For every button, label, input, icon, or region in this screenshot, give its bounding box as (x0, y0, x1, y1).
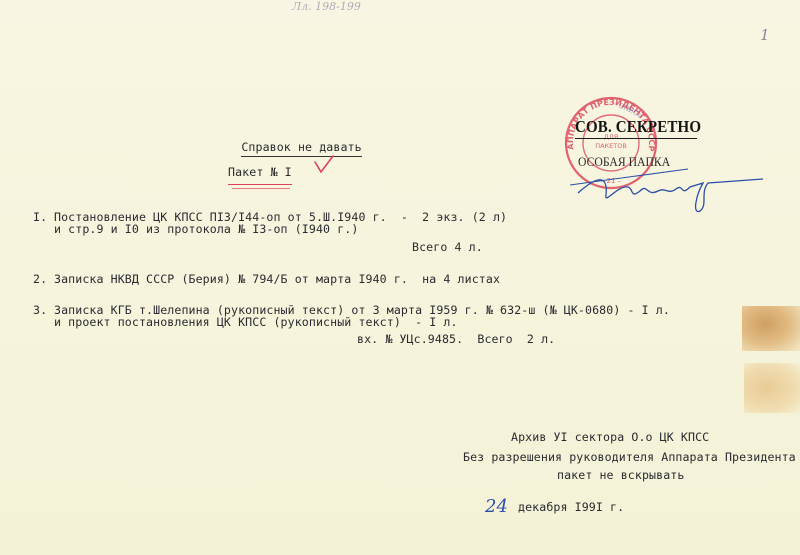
date-day-handwritten: 24 (485, 496, 508, 517)
classification-title: СОВ. СЕКРЕТНО (575, 117, 701, 137)
red-underline-1 (228, 184, 292, 185)
item-2-line-1: Записка НКВД СССР (Берия) № 794/Б от мар… (54, 273, 500, 286)
date-rest: декабря I99I г. (518, 501, 624, 514)
signature-icon (568, 165, 768, 225)
classification-underline (575, 138, 697, 139)
restriction-line-2: пакет не вскрывать (557, 469, 684, 482)
item-1-total: Всего 4 л. (412, 241, 483, 254)
item-3-total: вх. № УЦс.9485. Всего 2 л. (357, 333, 555, 346)
item-1-number: I. (33, 211, 47, 224)
document-page: Лл. 198-199 1 Справок не давать Пакет № … (0, 0, 800, 555)
tape-stain-upper (742, 306, 800, 351)
tape-stain-lower (744, 363, 800, 413)
page-number-pencil: 1 (760, 26, 770, 44)
archive-sector-label: Архив УI сектора О.о ЦК КПСС (511, 431, 709, 444)
item-3-number: 3. (33, 304, 47, 317)
package-number: Пакет № I (228, 166, 292, 179)
red-check-mark-icon (313, 154, 335, 176)
no-references-heading: Справок не давать (213, 128, 362, 167)
svg-text:ПАКЕТОВ: ПАКЕТОВ (595, 142, 627, 150)
archive-reference-pencil: Лл. 198-199 (292, 0, 361, 13)
no-references-text: Справок не давать (241, 140, 361, 157)
item-2-number: 2. (33, 273, 47, 286)
item-3-line-2: и проект постановления ЦК КПСС (рукописн… (54, 316, 458, 329)
red-underline-2 (232, 188, 290, 189)
item-1-line-2: и стр.9 и I0 из протокола № I3-оп (I940 … (54, 223, 358, 236)
restriction-line-1: Без разрешения руководителя Аппарата Пре… (463, 451, 800, 464)
